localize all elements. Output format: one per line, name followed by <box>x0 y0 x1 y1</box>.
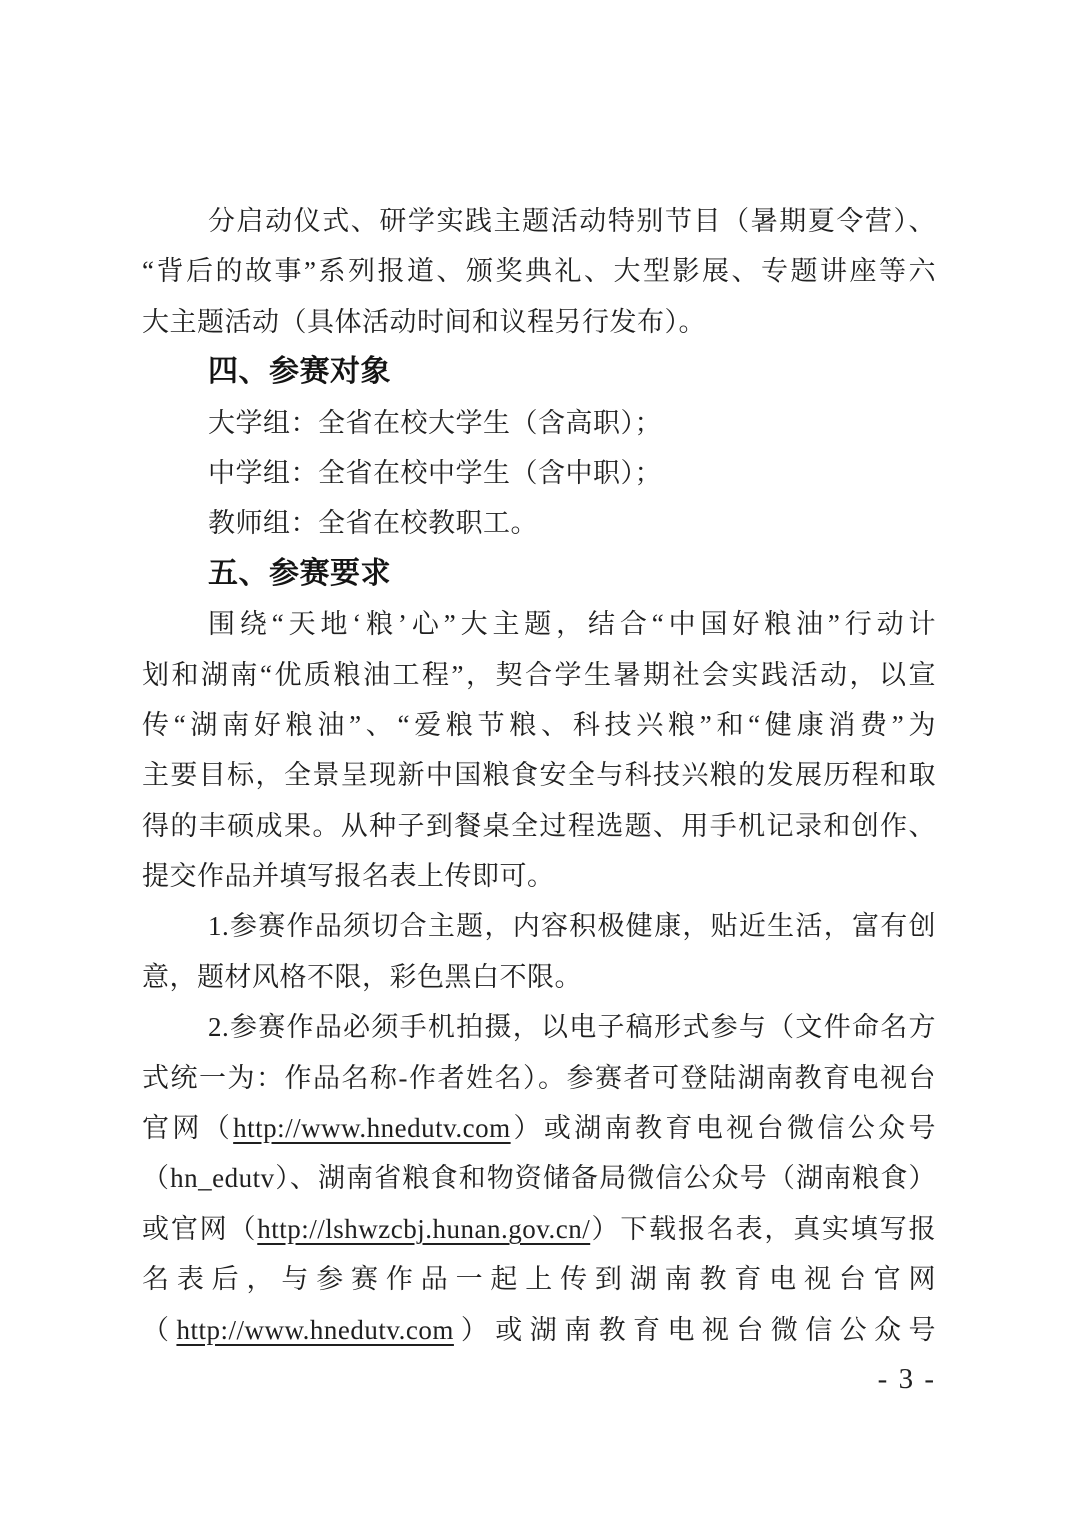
text-segment: 名表后，与参赛作品一起上传到湖南教育电视台官网 <box>142 1264 936 1294</box>
text-segment: 四、参赛对象 <box>208 355 391 388</box>
text-segment: 2.参赛作品必须手机拍摄，以电子稿形式参与（文件命名方 <box>208 1012 936 1042</box>
text-line: 或官网（http://lshwzcbj.hunan.gov.cn/）下载报名表，… <box>142 1204 936 1254</box>
text-segment: 意，题材风格不限，彩色黑白不限。 <box>142 962 582 992</box>
text-segment: 1.参赛作品须切合主题，内容积极健康，贴近生活，富有创 <box>208 911 936 941</box>
text-line: 传“湖南好粮油”、“爱粮节粮、科技兴粮”和“健康消费”为 <box>142 700 936 750</box>
text-segment: ）下载报名表，真实填写报 <box>590 1214 936 1244</box>
text-segment: 五、参赛要求 <box>208 557 391 590</box>
text-segment: 教师组：全省在校教职工。 <box>208 508 538 538</box>
page-number: - 3 - <box>142 1356 936 1402</box>
text-line: 中学组：全省在校中学生（含中职）； <box>142 448 936 498</box>
text-segment: 大学组：全省在校大学生（含高职）； <box>208 408 662 438</box>
text-segment: 提交作品并填写报名表上传即可。 <box>142 861 555 891</box>
text-line: 划和湖南“优质粮油工程”，契合学生暑期社会实践活动，以宣 <box>142 650 936 700</box>
text-line: （hn_edutv）、湖南省粮食和物资储备局微信公众号（湖南粮食） <box>142 1153 936 1203</box>
text-line: 教师组：全省在校教职工。 <box>142 498 936 548</box>
text-line: 意，题材风格不限，彩色黑白不限。 <box>142 952 936 1002</box>
text-line: 分启动仪式、研学实践主题活动特别节目（暑期夏令营）、 <box>142 196 936 246</box>
text-line: 式统一为：作品名称-作者姓名）。参赛者可登陆湖南教育电视台 <box>142 1053 936 1103</box>
text-line: “背后的故事”系列报道、颁奖典礼、大型影展、专题讲座等六 <box>142 246 936 296</box>
text-segment: 大主题活动（具体活动时间和议程另行发布）。 <box>142 307 706 337</box>
text-segment: 或官网（ <box>142 1214 257 1244</box>
text-segment: 分启动仪式、研学实践主题活动特别节目（暑期夏令营）、 <box>208 206 936 236</box>
text-line: 大学组：全省在校大学生（含高职）； <box>142 398 936 448</box>
section-heading: 五、参赛要求 <box>142 549 936 599</box>
text-line: 1.参赛作品须切合主题，内容积极健康，贴近生活，富有创 <box>142 901 936 951</box>
text-line: 名表后，与参赛作品一起上传到湖南教育电视台官网 <box>142 1254 936 1304</box>
document-body: 分启动仪式、研学实践主题活动特别节目（暑期夏令营）、“背后的故事”系列报道、颁奖… <box>142 196 936 1355</box>
text-line: 官网（http://www.hnedutv.com）或湖南教育电视台微信公众号 <box>142 1103 936 1153</box>
text-line: 围绕“天地‘粮’心”大主题，结合“中国好粮油”行动计 <box>142 599 936 649</box>
text-segment: “背后的故事”系列报道、颁奖典礼、大型影展、专题讲座等六 <box>142 256 936 286</box>
text-line: 2.参赛作品必须手机拍摄，以电子稿形式参与（文件命名方 <box>142 1002 936 1052</box>
hyperlink-text: http://lshwzcbj.hunan.gov.cn/ <box>257 1214 590 1244</box>
text-line: 提交作品并填写报名表上传即可。 <box>142 851 936 901</box>
text-segment: 传“湖南好粮油”、“爱粮节粮、科技兴粮”和“健康消费”为 <box>142 710 936 740</box>
text-line: （http://www.hnedutv.com）或湖南教育电视台微信公众号 <box>142 1305 936 1355</box>
hyperlink-text: http://www.hnedutv.com <box>233 1113 510 1143</box>
text-segment: 得的丰硕成果。从种子到餐桌全过程选题、用手机记录和创作、 <box>142 811 936 841</box>
text-segment: 围绕“天地‘粮’心”大主题，结合“中国好粮油”行动计 <box>208 609 936 639</box>
text-segment: （hn_edutv）、湖南省粮食和物资储备局微信公众号（湖南粮食） <box>142 1163 936 1193</box>
text-segment: 中学组：全省在校中学生（含中职）； <box>208 458 662 488</box>
section-heading: 四、参赛对象 <box>142 347 936 397</box>
hyperlink-text: http://www.hnedutv.com <box>176 1315 453 1345</box>
text-segment: 官网（ <box>142 1113 233 1143</box>
text-segment: 式统一为：作品名称-作者姓名）。参赛者可登陆湖南教育电视台 <box>142 1063 936 1093</box>
text-line: 得的丰硕成果。从种子到餐桌全过程选题、用手机记录和创作、 <box>142 801 936 851</box>
text-segment: ）或湖南教育电视台微信公众号 <box>454 1315 936 1345</box>
text-line: 主要目标，全景呈现新中国粮食安全与科技兴粮的发展历程和取 <box>142 750 936 800</box>
document-page: 分启动仪式、研学实践主题活动特别节目（暑期夏令营）、“背后的故事”系列报道、颁奖… <box>0 0 1080 1528</box>
text-segment: 划和湖南“优质粮油工程”，契合学生暑期社会实践活动，以宣 <box>142 660 936 690</box>
text-line: 大主题活动（具体活动时间和议程另行发布）。 <box>142 297 936 347</box>
text-segment: ）或湖南教育电视台微信公众号 <box>511 1113 936 1143</box>
text-segment: （ <box>142 1315 176 1345</box>
text-segment: 主要目标，全景呈现新中国粮食安全与科技兴粮的发展历程和取 <box>142 760 936 790</box>
